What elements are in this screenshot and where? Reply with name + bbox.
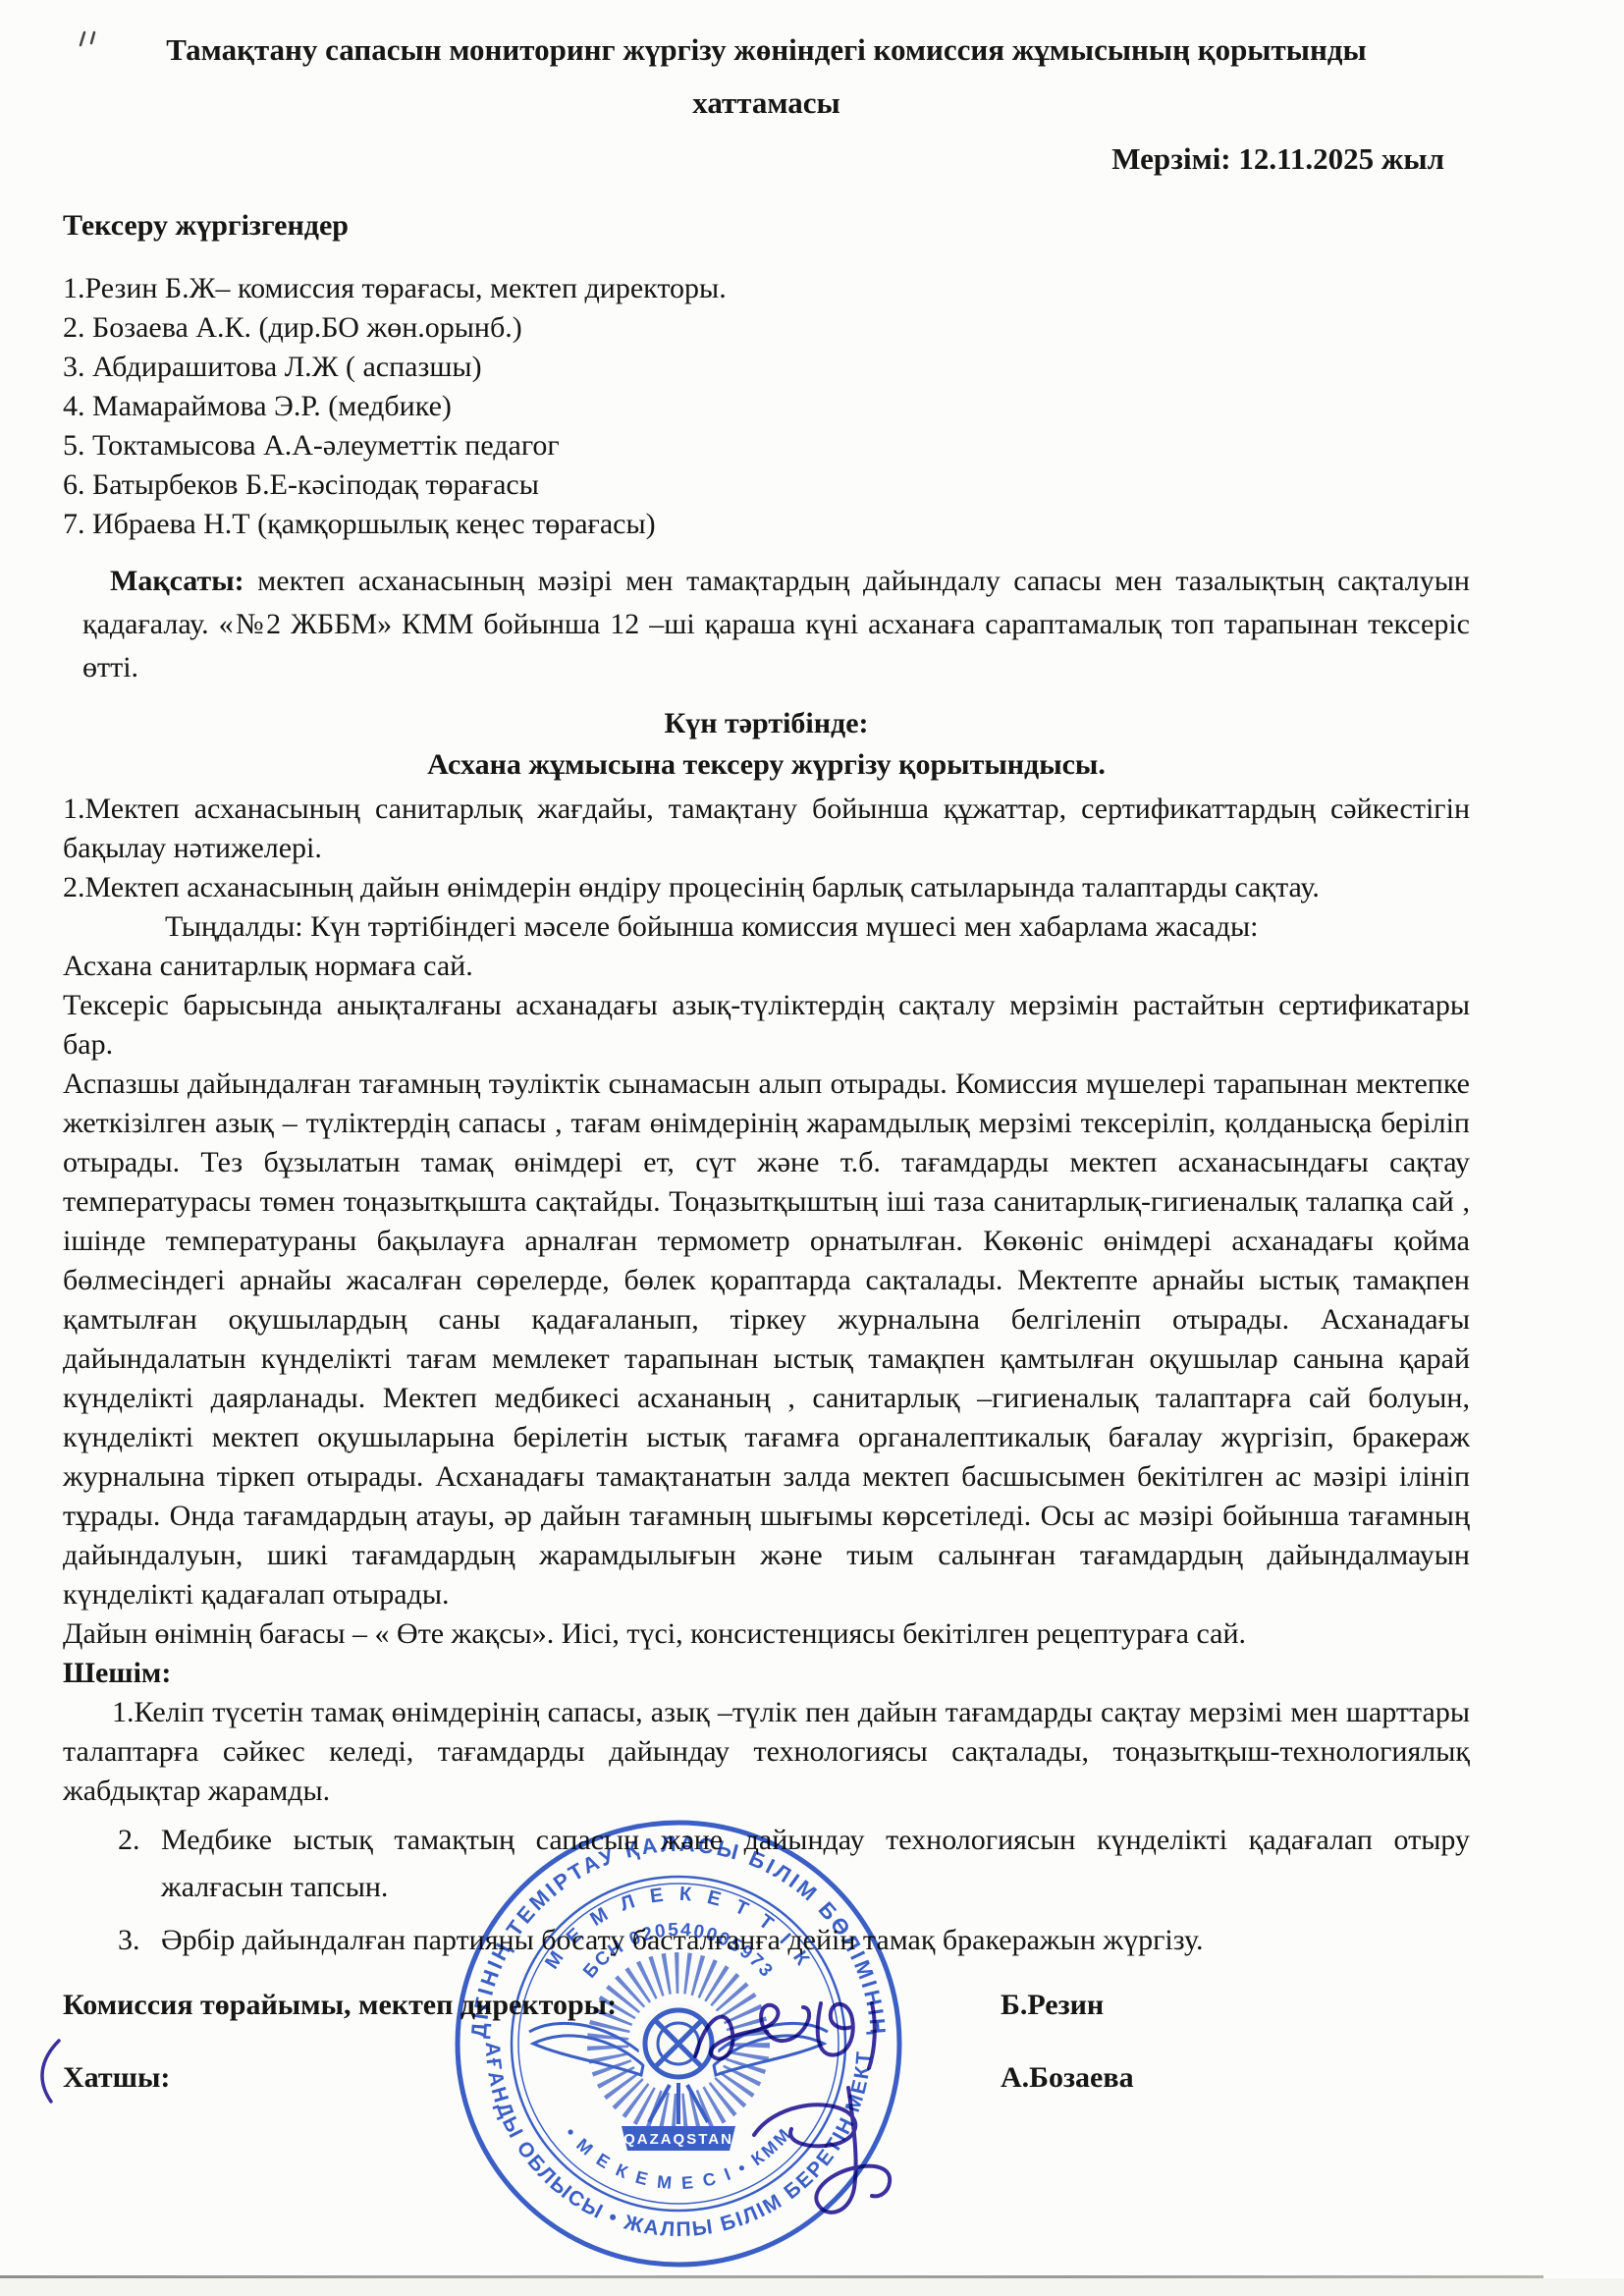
inspector-item: 1.Резин Б.Ж– комиссия төрағасы, мектеп д… (63, 269, 1470, 308)
signature-stroke (695, 2003, 875, 2068)
decision-item-3-number: 3. (118, 1917, 161, 1964)
title-pen-marks (73, 27, 114, 53)
agenda-item: 1.Мектеп асханасының санитарлық жағдайы,… (63, 790, 1470, 868)
purpose-paragraph: Мақсаты: мектеп асханасының мәзірі мен т… (82, 560, 1470, 689)
scan-margin-strip (0, 2278, 1624, 2296)
inspector-item: 6. Батырбеков Б.Е-кәсіподақ төрағасы (63, 465, 1470, 505)
heard-line: Тыңдалды: Күн тәртібіндегі мәселе бойынш… (63, 907, 1470, 947)
inspector-item: 2. Бозаева А.К. (дир.БО жөн.орынб.) (63, 308, 1470, 348)
secretary-signature-ink (738, 2072, 925, 2219)
main-paragraph: Аспазшы дайындалған тағамның тәуліктік с… (63, 1065, 1470, 1614)
inspector-item: 7. Ибраева Н.Т (қамқоршылық кеңес төраға… (63, 505, 1470, 544)
decision-item-2-number: 2. (118, 1817, 161, 1864)
agenda-item: 2.Мектеп асханасының дайын өнімдерін өнд… (63, 868, 1470, 907)
decision-item-1: 1.Келіп түсетін тамақ өнімдерінің сапасы… (63, 1693, 1470, 1811)
inspectors-list: 1.Резин Б.Ж– комиссия төрағасы, мектеп д… (63, 269, 1470, 544)
rating-line: Дайын өнімнің бағасы – « Өте жақсы». Иіс… (63, 1614, 1470, 1654)
purpose-label: Мақсаты: (110, 565, 244, 597)
agenda-heading: Күн тәртібінде: (63, 703, 1470, 744)
purpose-text: мектеп асханасының мәзірі мен тамақтарды… (82, 565, 1470, 683)
agenda-subheading: Асхана жұмысына тексеру жүргізу қорытынд… (63, 744, 1470, 786)
certificates-paragraph: Тексеріс барысында анықталғаны асханадағ… (63, 986, 1470, 1065)
scanned-protocol-page: Тамақтану сапасын мониторинг жүргізу жөн… (0, 0, 1624, 2296)
inspector-item: 3. Абдирашитова Л.Ж ( аспазшы) (63, 348, 1470, 387)
signature-secretary-role: Хатшы: (63, 2061, 170, 2094)
heard-label: Тыңдалды: (165, 910, 303, 943)
page-title: Тамақтану сапасын мониторинг жүргізу жөн… (63, 24, 1470, 130)
signature-stroke (754, 2088, 890, 2213)
document-content: Тамақтану сапасын мониторинг жүргізу жөн… (0, 0, 1624, 2098)
signature-secretary-name: А.Бозаева (1001, 2058, 1134, 2098)
emblem-supports (649, 2083, 708, 2124)
inspector-item: 5. Токтамысова А.А-әлеуметтік педагог (63, 426, 1470, 465)
heard-text: Күн тәртібіндегі мәселе бойынша комиссия… (303, 910, 1259, 943)
title-line-2: хаттамасы (63, 77, 1470, 130)
title-line-1: Тамақтану сапасын мониторинг жүргізу жөн… (63, 24, 1470, 77)
signature-chair-name: Б.Резин (1001, 1986, 1104, 2025)
date-line: Мерзімі: 12.11.2025 жыл (63, 139, 1470, 179)
inspector-item: 4. Мамараймова Э.Р. (медбике) (63, 387, 1470, 426)
pen-stroke (42, 2041, 59, 2102)
decision-heading: Шешім: (63, 1654, 1470, 1693)
inspectors-heading: Тексеру жүргізгендер (63, 206, 1470, 246)
emblem-caption: QAZAQSTAN (623, 2131, 733, 2148)
finding-line: Асхана санитарлық нормаға сай. (63, 947, 1470, 986)
pen-parenthesis-mark (26, 2035, 69, 2107)
